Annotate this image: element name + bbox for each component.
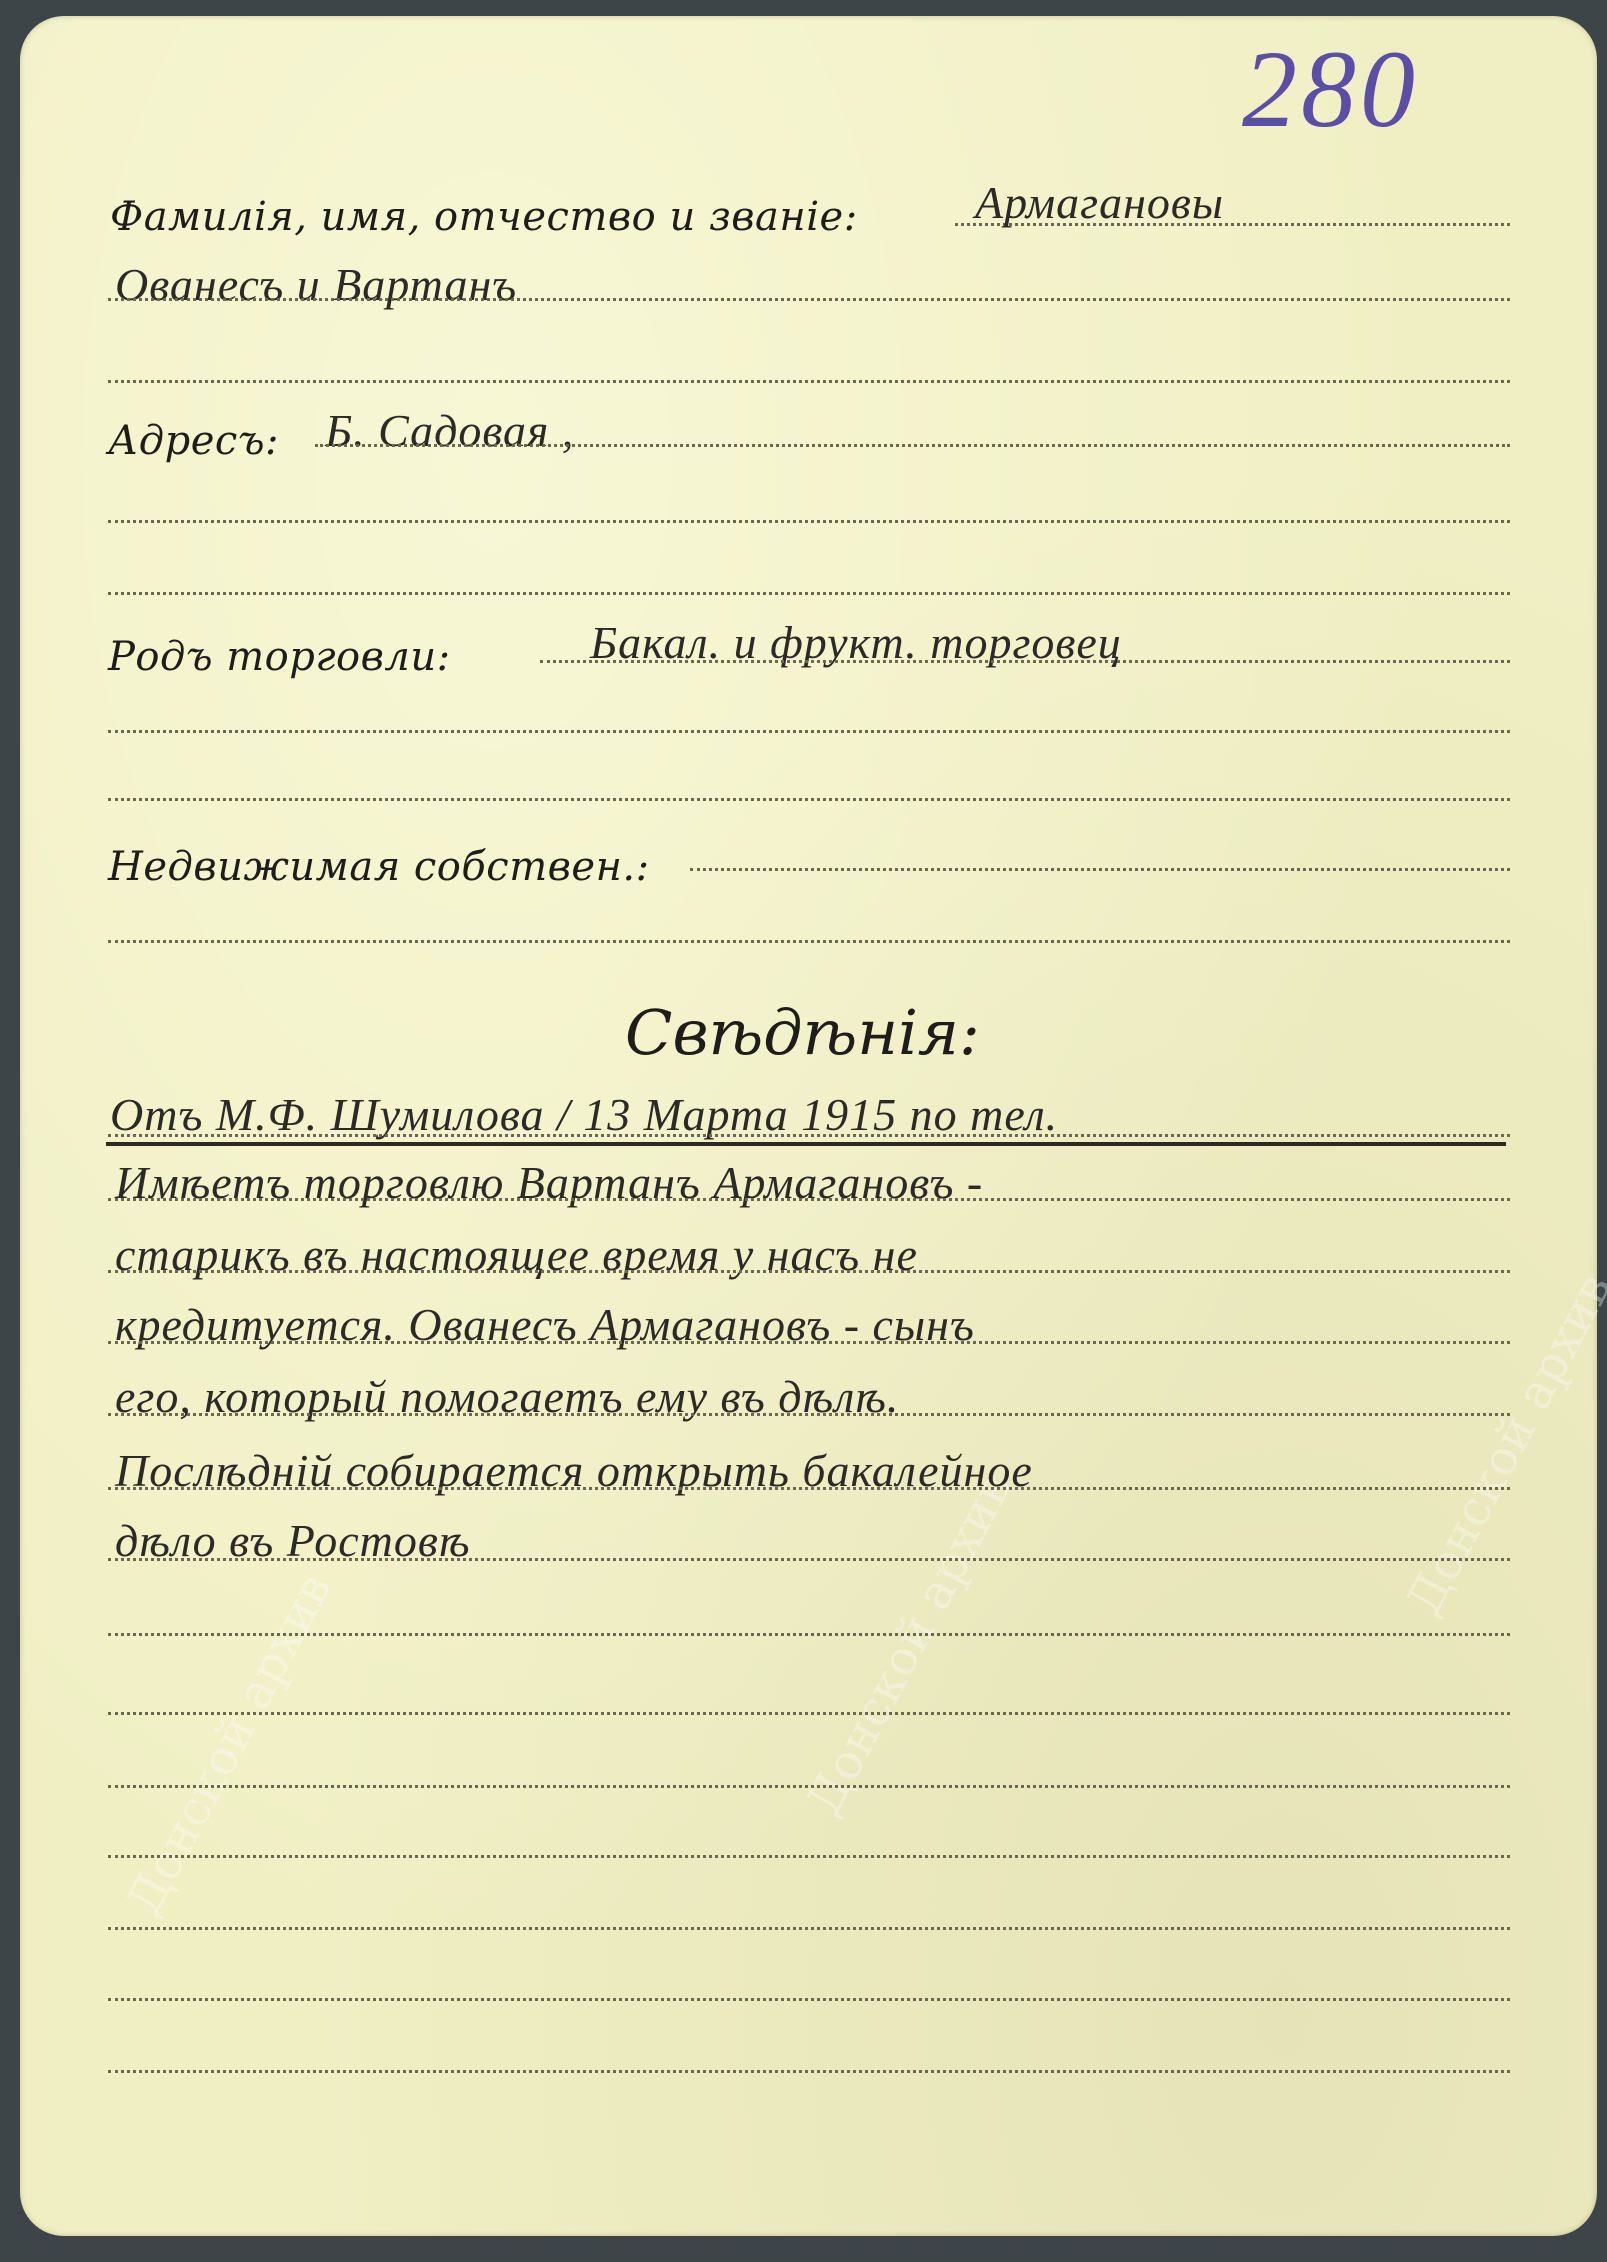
dotted-line xyxy=(108,1134,1510,1137)
dotted-line xyxy=(108,1633,1510,1636)
property-label: Недвижимая собствен.: xyxy=(108,844,650,890)
dotted-line xyxy=(690,868,1510,871)
dotted-line xyxy=(108,380,1510,383)
name-value-line2: Ованесъ и Вартанъ xyxy=(115,258,517,311)
dotted-line xyxy=(108,1927,1510,1930)
dotted-line xyxy=(108,298,1510,301)
dotted-line xyxy=(108,520,1510,523)
dotted-line xyxy=(108,1487,1510,1490)
dotted-line xyxy=(108,1998,1510,2001)
watermark: Донской архив xyxy=(1396,1264,1607,1624)
watermark: Донской архив xyxy=(116,1564,343,1924)
dotted-line xyxy=(108,1855,1510,1858)
dotted-line xyxy=(108,1270,1510,1273)
info-line: старикъ въ настоящее время у насъ не xyxy=(115,1228,918,1281)
name-label: Фамилія, имя, отчество и званіе: xyxy=(110,194,858,240)
trade-label: Родъ торговли: xyxy=(108,634,451,680)
dotted-line xyxy=(108,1712,1510,1715)
dotted-line xyxy=(108,730,1510,733)
dotted-line xyxy=(108,1558,1510,1561)
dotted-line xyxy=(108,940,1510,943)
dotted-line xyxy=(108,2070,1510,2073)
name-value-line1: Армагановы xyxy=(975,176,1224,229)
card-number: 280 xyxy=(1242,26,1419,153)
address-label: Адресъ: xyxy=(108,418,279,464)
info-line: Имѣетъ торговлю Вартанъ Армагановъ - xyxy=(115,1156,983,1209)
dotted-line xyxy=(108,1198,1510,1201)
dotted-line xyxy=(108,592,1510,595)
dotted-line xyxy=(108,1785,1510,1788)
dotted-line xyxy=(108,1341,1510,1344)
watermark: Донской архив xyxy=(796,1464,1023,1824)
info-title: Свѣдѣнія: xyxy=(625,996,980,1069)
address-value: Б. Садовая , xyxy=(325,404,574,457)
dotted-line xyxy=(540,660,1510,663)
archive-card: Донской архив Донской архив Донской архи… xyxy=(20,16,1597,2236)
dotted-line xyxy=(315,444,1510,447)
dotted-line xyxy=(108,798,1510,801)
dotted-line xyxy=(108,1413,1510,1416)
underline-rule xyxy=(106,1142,1506,1146)
